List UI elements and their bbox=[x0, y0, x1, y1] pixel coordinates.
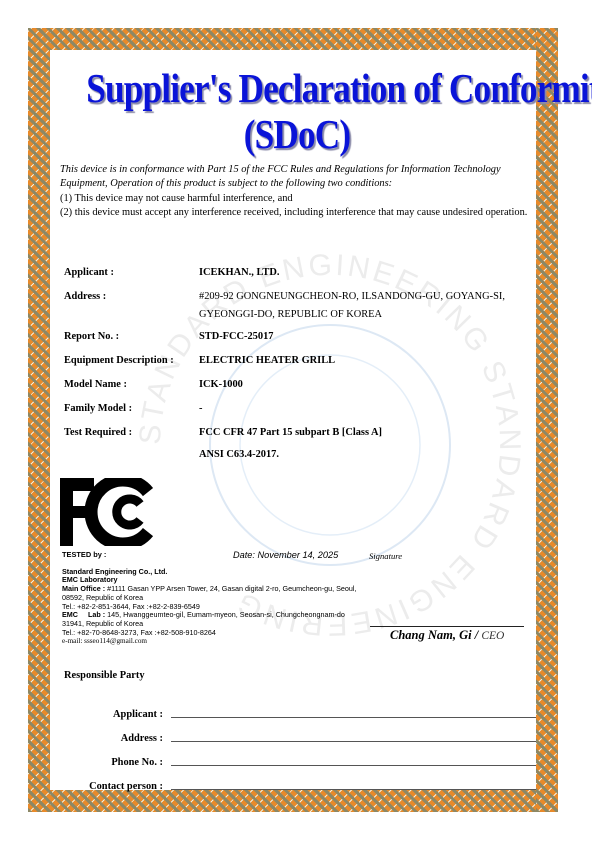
field-value: #209-92 GONGNEUNGCHEON-RO, ILSANDONG-GU,… bbox=[199, 286, 544, 324]
title-line-2: (SDoC) bbox=[86, 114, 507, 155]
lab-label: Lab : bbox=[88, 610, 105, 619]
field-value: ICK-1000 bbox=[199, 374, 544, 396]
lab-address: 145, Hwanggeumteo-gil, Eumam-myeon, Seos… bbox=[62, 610, 345, 628]
lab-tel-2: Tel.: +82-70-8648-3273, Fax :+82-508-910… bbox=[62, 629, 362, 638]
rp-address-row: Address : bbox=[64, 720, 536, 744]
rp-applicant-field[interactable] bbox=[171, 703, 536, 718]
rp-phone-row: Phone No. : bbox=[64, 744, 536, 768]
test-standard-1: FCC CFR 47 Part 15 subpart B [Class A] bbox=[199, 422, 544, 444]
field-label: Address : bbox=[64, 286, 199, 308]
emc-label: EMC bbox=[62, 610, 78, 619]
rp-applicant-row: Applicant : bbox=[64, 696, 536, 720]
field-test-required: Test Required : FCC CFR 47 Part 15 subpa… bbox=[64, 422, 544, 466]
lab-email: e-mail: ssseo114@gmail.com bbox=[62, 637, 362, 646]
lab-company: Standard Engineering Co., Ltd. bbox=[62, 567, 167, 576]
rp-label: Contact person : bbox=[64, 781, 171, 792]
signature-label: Signature bbox=[369, 551, 402, 561]
main-office-label: Main Office : bbox=[62, 584, 105, 593]
rp-label: Phone No. : bbox=[64, 757, 171, 768]
field-label: Applicant : bbox=[64, 262, 199, 284]
field-address: Address : #209-92 GONGNEUNGCHEON-RO, ILS… bbox=[64, 286, 544, 324]
conformance-text: This device is in conformance with Part … bbox=[60, 163, 540, 192]
rp-label: Address : bbox=[64, 733, 171, 744]
condition-2: (2) this device must accept any interfer… bbox=[60, 206, 540, 220]
border-top bbox=[28, 28, 558, 50]
testing-lab-info: TESTED by : Standard Engineering Co., Lt… bbox=[62, 551, 362, 646]
field-value: STD-FCC-25017 bbox=[199, 326, 544, 348]
field-label: Equipment Description : bbox=[64, 350, 199, 372]
signature-line bbox=[370, 626, 524, 627]
field-model-name: Model Name : ICK-1000 bbox=[64, 374, 544, 396]
border-left bbox=[28, 28, 50, 812]
rp-address-field[interactable] bbox=[171, 727, 536, 742]
signatory-name: Chang Nam, Gi bbox=[390, 628, 472, 642]
field-equipment-description: Equipment Description : ELECTRIC HEATER … bbox=[64, 350, 544, 372]
field-family-model: Family Model : - bbox=[64, 398, 544, 420]
field-label: Model Name : bbox=[64, 374, 199, 396]
device-info: Applicant : ICEKHAN., LTD. Address : #20… bbox=[64, 262, 544, 468]
signatory-separator: / bbox=[472, 628, 482, 642]
field-applicant: Applicant : ICEKHAN., LTD. bbox=[64, 262, 544, 284]
field-value: - bbox=[199, 398, 544, 420]
border-bottom bbox=[28, 790, 558, 812]
field-report-no: Report No. : STD-FCC-25017 bbox=[64, 326, 544, 348]
rp-phone-field[interactable] bbox=[171, 751, 536, 766]
field-value: ELECTRIC HEATER GRILL bbox=[199, 350, 544, 372]
field-value: FCC CFR 47 Part 15 subpart B [Class A] A… bbox=[199, 422, 544, 466]
lab-department: EMC Laboratory bbox=[62, 575, 118, 584]
rp-contact-row: Contact person : bbox=[64, 768, 536, 792]
field-label: Family Model : bbox=[64, 398, 199, 420]
fcc-logo-icon bbox=[60, 478, 155, 546]
emc-lab: EMC Lab : 145, Hwanggeumteo-gil, Eumam-m… bbox=[62, 611, 362, 628]
tested-by-label: TESTED by : bbox=[62, 551, 362, 560]
field-value: ICEKHAN., LTD. bbox=[199, 262, 544, 284]
responsible-party-form: Applicant : Address : Phone No. : Contac… bbox=[64, 696, 536, 792]
rp-label: Applicant : bbox=[64, 709, 171, 720]
field-label: Test Required : bbox=[64, 422, 199, 444]
rp-contact-field[interactable] bbox=[171, 775, 536, 790]
field-label: Report No. : bbox=[64, 326, 199, 348]
responsible-party-title: Responsible Party bbox=[64, 670, 145, 681]
main-office: Main Office : #1111 Gasan YPP Arsen Towe… bbox=[62, 585, 362, 602]
test-standard-2: ANSI C63.4-2017. bbox=[199, 444, 544, 466]
signatory: Chang Nam, Gi / CEO bbox=[390, 628, 504, 643]
conformance-statement: This device is in conformance with Part … bbox=[60, 163, 540, 221]
document-title: Supplier's Declaration of Conformity (SD… bbox=[52, 68, 542, 155]
title-line-1: Supplier's Declaration of Conformity bbox=[86, 68, 507, 109]
signatory-role: CEO bbox=[481, 630, 504, 642]
main-office-address: #1111 Gasan YPP Arsen Tower, 24, Gasan d… bbox=[62, 584, 356, 602]
condition-1: (1) This device may not cause harmful in… bbox=[60, 192, 540, 206]
